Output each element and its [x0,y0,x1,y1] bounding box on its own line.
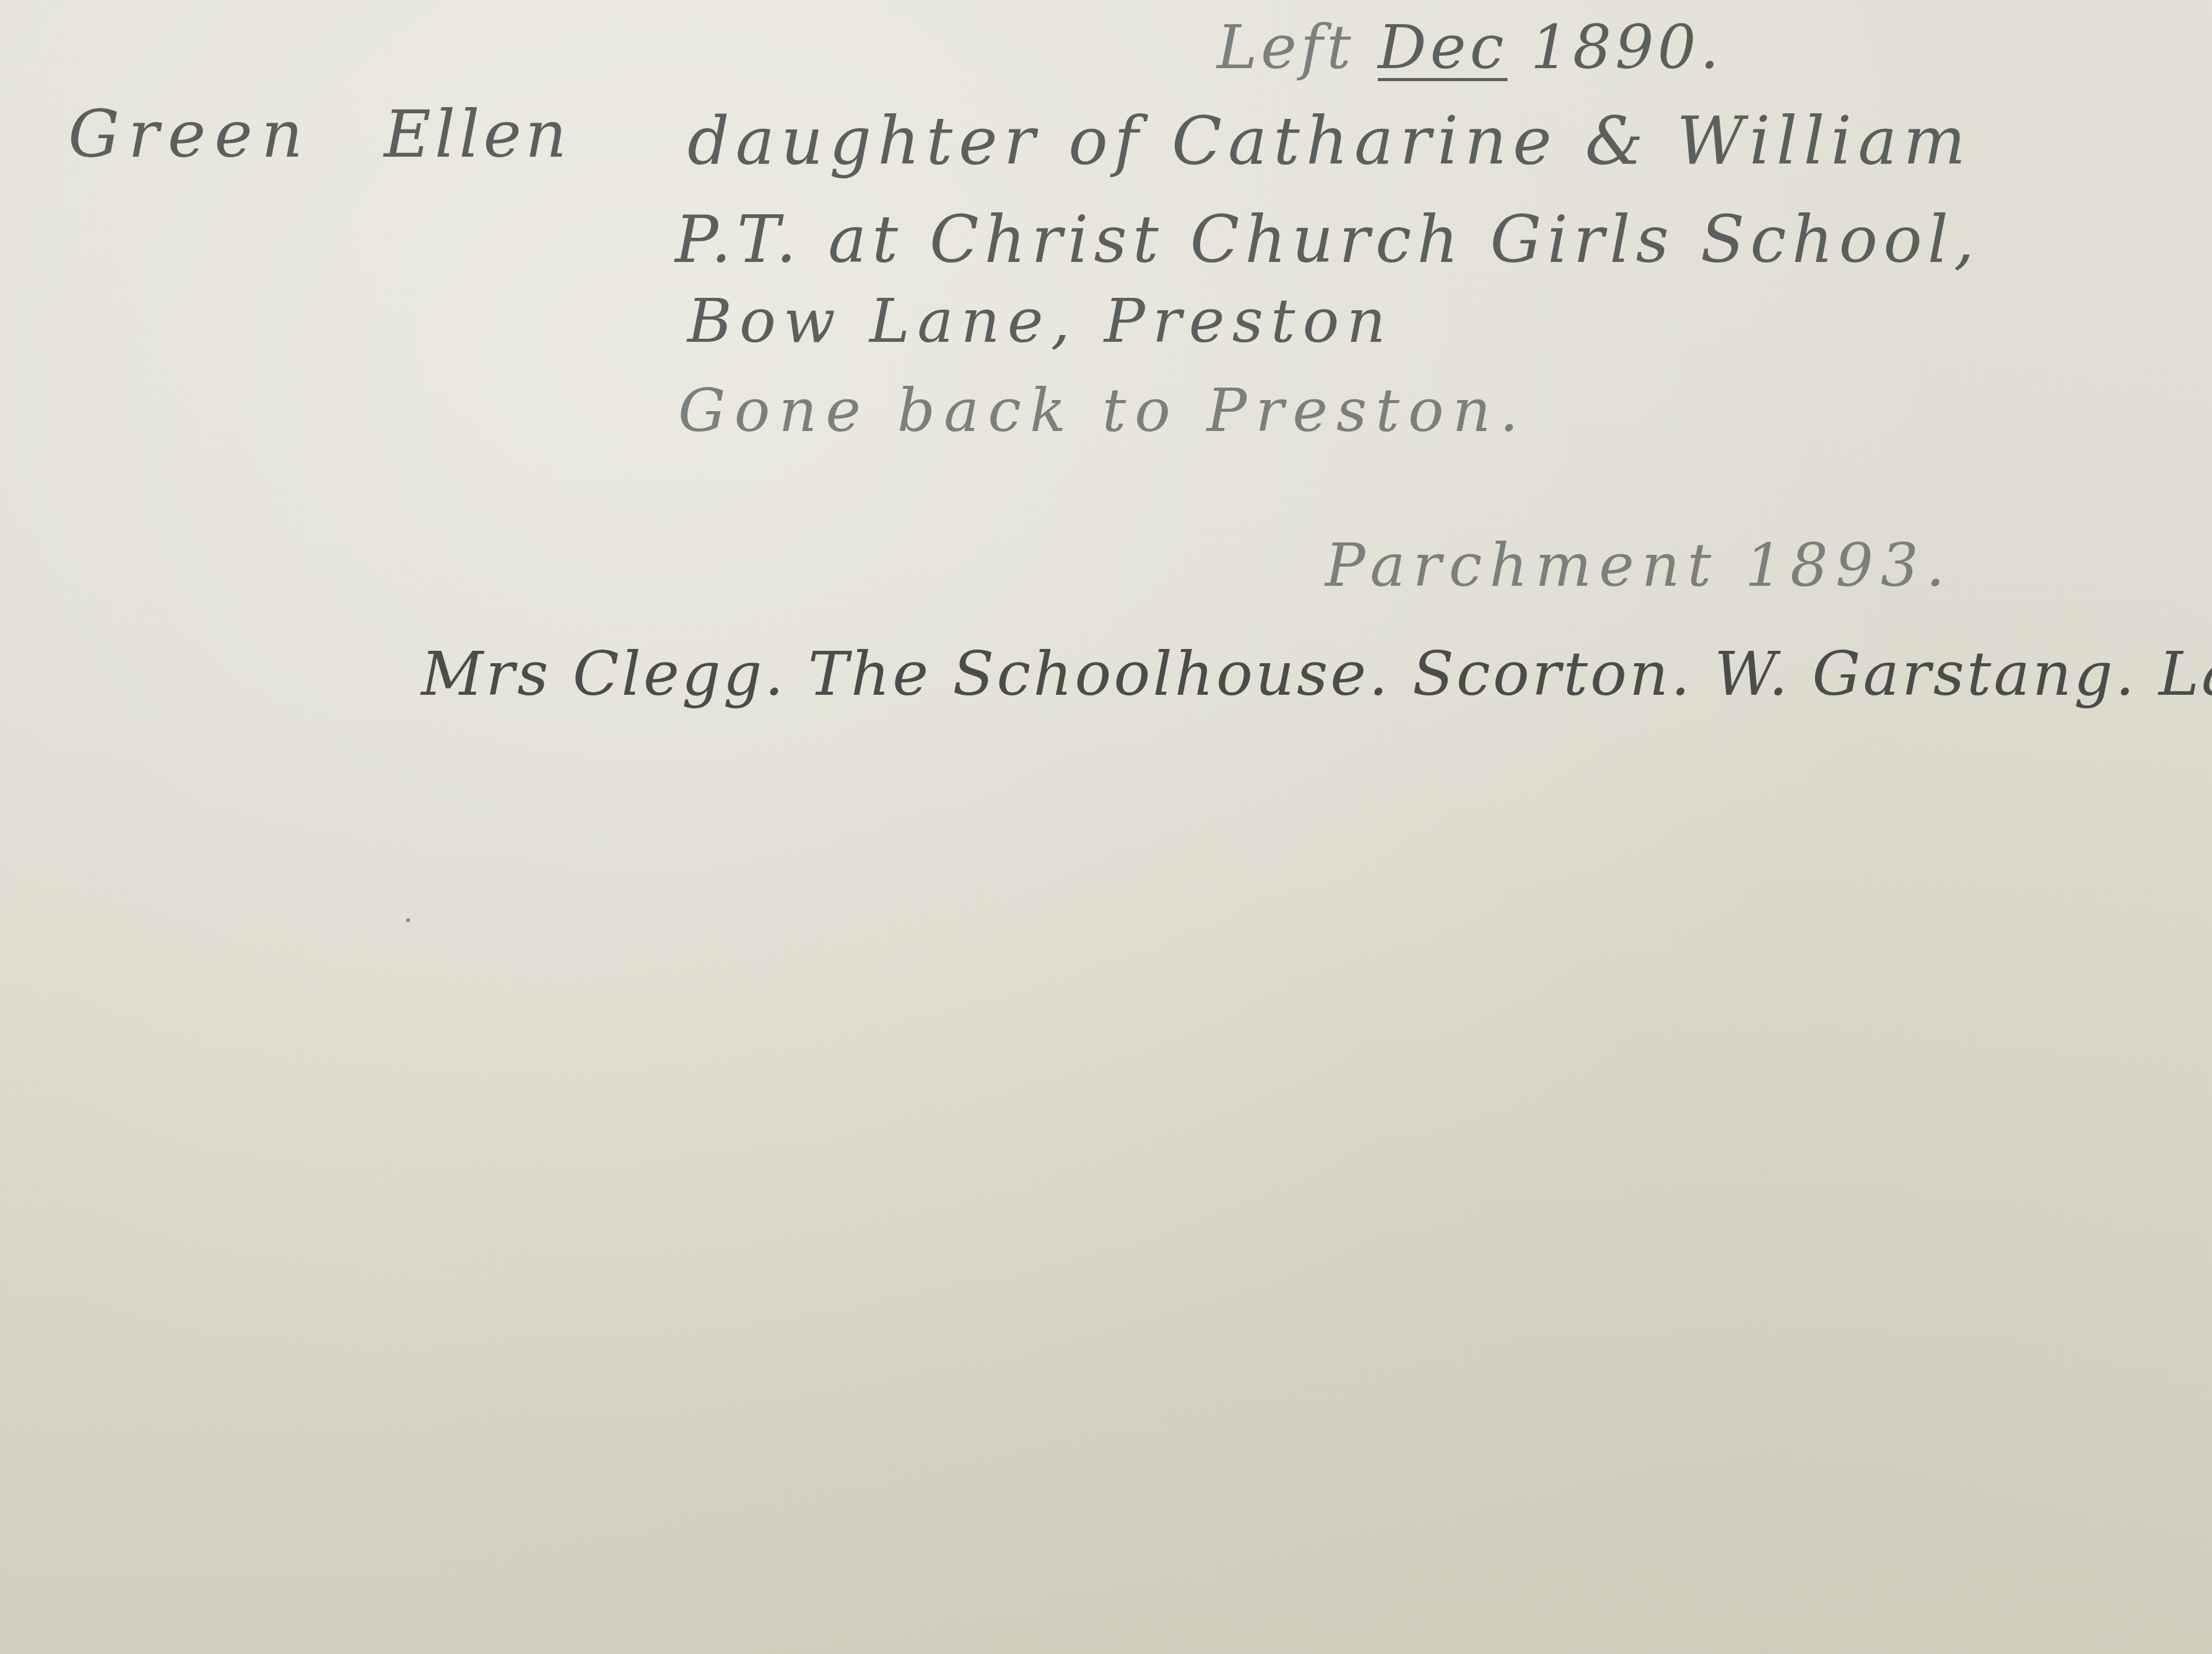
parchment-note: Parchment 1893. [1325,536,1953,595]
position-line: P.T. at Christ Church Girls School, [675,207,1980,272]
parentage-line: daughter of Catharine & William [687,108,1972,174]
record-card: Left Dec 1890. Green Ellen daughter of C… [0,0,2212,1654]
paper-speck [406,918,410,922]
location-line: Bow Lane, Preston [687,291,1393,352]
surname: Green [68,102,311,167]
given-name: Ellen [384,102,570,167]
left-year: 1890. [1531,12,1723,83]
left-label: Left [1217,12,1355,83]
address-line: Mrs Clegg. The Schoolhouse. Scorton. W. … [421,644,2212,705]
departure-note: Gone back to Preston. [678,381,1527,440]
left-date-note: Left Dec 1890. [1217,17,1723,78]
left-month: Dec [1378,12,1507,83]
